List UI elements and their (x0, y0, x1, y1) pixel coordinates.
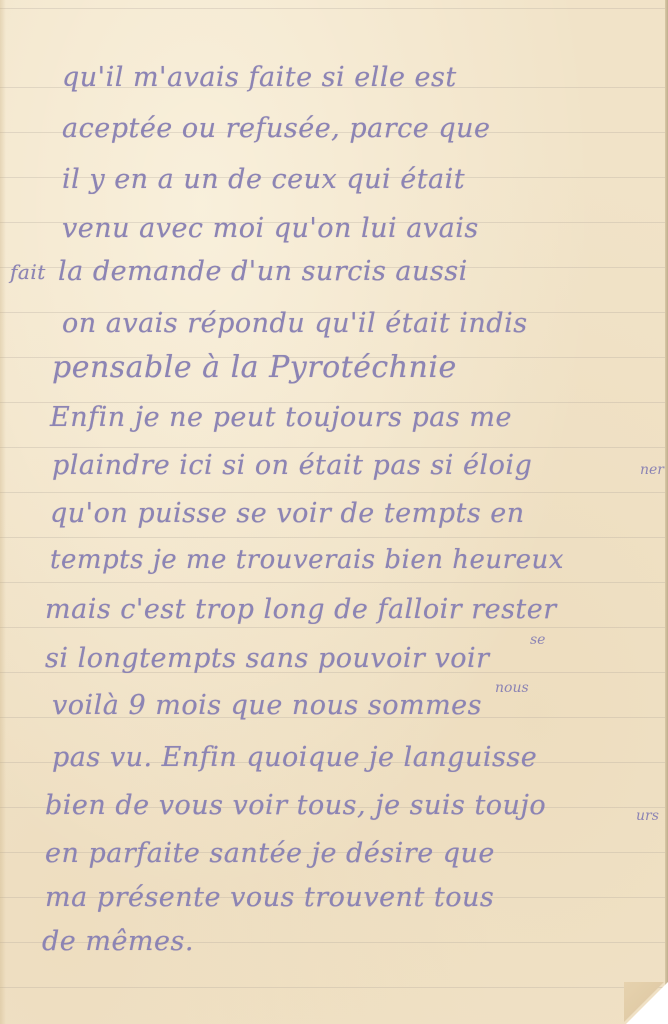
superscript-nous: nous (495, 680, 529, 696)
superscript-toujours: urs (636, 808, 659, 824)
letter-line-4: venu avec moi qu'on lui avais (62, 213, 479, 244)
letter-line-10: qu'on puisse se voir de tempts en (50, 498, 525, 529)
letter-line-5: la demande d'un surcis aussi (58, 256, 468, 287)
superscript-se: se (530, 632, 545, 648)
letter-line-8: Enfin je ne peut toujours pas me (50, 402, 512, 433)
letter-line-3: il y en a un de ceux qui était (62, 164, 465, 195)
letter-line-12: mais c'est trop long de falloir rester (45, 594, 557, 625)
letter-line-7: pensable à la Pyrotéchnie (52, 350, 457, 385)
margin-note: fait (10, 260, 46, 284)
letter-line-13: si longtempts sans pouvoir voir (45, 643, 490, 674)
letter-line-18: ma présente vous trouvent tous (45, 882, 494, 913)
letter-line-17: en parfaite santée je désire que (45, 838, 495, 869)
letter-text: qu'il m'avais faite si elle est aceptée … (0, 0, 668, 1024)
letter-line-19: de mêmes. (42, 926, 194, 957)
letter-line-6: on avais répondu qu'il était indis (62, 308, 528, 339)
letter-line-14: voilà 9 mois que nous sommes (52, 690, 482, 721)
letter-line-1: qu'il m'avais faite si elle est (62, 62, 457, 93)
letter-line-2: aceptée ou refusée, parce que (62, 113, 490, 144)
letter-line-11: tempts je me trouverais bien heureux (50, 545, 564, 575)
superscript-eloigner: ner (640, 462, 664, 478)
letter-page: qu'il m'avais faite si elle est aceptée … (0, 0, 668, 1024)
letter-line-16: bien de vous voir tous, je suis toujo (45, 790, 546, 821)
letter-line-15: pas vu. Enfin quoique je languisse (52, 742, 537, 773)
letter-line-9: plaindre ici si on était pas si éloig (52, 450, 532, 481)
